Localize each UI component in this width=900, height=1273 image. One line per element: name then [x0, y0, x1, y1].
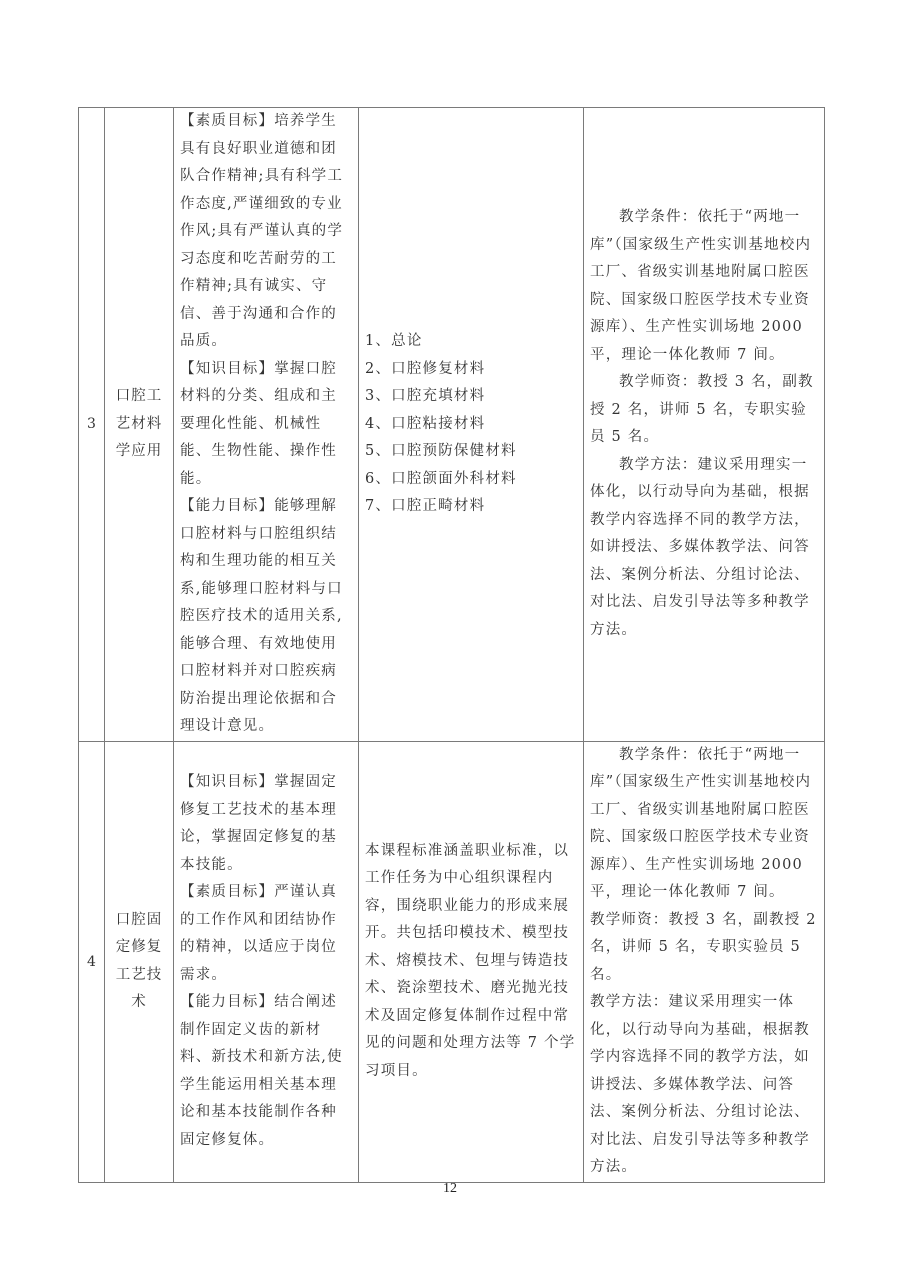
- content-paragraph: 本课程标准涵盖职业标准，以工作任务为中心组织课程内容，围绕职业能力的形成来展开。…: [365, 838, 577, 1086]
- content-list-item: 3、口腔充填材料: [365, 383, 577, 411]
- content-list-item: 2、口腔修复材料: [365, 356, 577, 384]
- conditions-paragraph: 教学条件：依托于“两地一库”（国家级生产性实训基地校内工厂、省级实训基地附属口腔…: [590, 742, 818, 907]
- goal-paragraph: 【能力目标】结合阐述制作固定义齿的新材料、新技术和新方法,使学生能运用相关基本理…: [180, 989, 352, 1154]
- course-name-line: 术: [105, 989, 173, 1017]
- course-name-line: 口腔固: [105, 907, 173, 935]
- table-row: 4 口腔固 定修复 工艺技 术 【知识目标】掌握固定修复工艺技术的基本理论，掌握…: [79, 741, 825, 1182]
- goal-paragraph: 【知识目标】掌握口腔材料的分类、组成和主要理化性能、机械性能、生物性能、操作性能…: [180, 356, 352, 494]
- document-page: 3 口腔工 艺材料 学应用 【素质目标】培养学生具有良好职业道德和团队合作精神;…: [0, 0, 900, 1273]
- teaching-conditions: 教学条件：依托于“两地一库”（国家级生产性实训基地校内工厂、省级实训基地附属口腔…: [584, 108, 825, 742]
- table-row: 3 口腔工 艺材料 学应用 【素质目标】培养学生具有良好职业道德和团队合作精神;…: [79, 108, 825, 742]
- teaching-conditions: 教学条件：依托于“两地一库”（国家级生产性实训基地校内工厂、省级实训基地附属口腔…: [584, 741, 825, 1182]
- conditions-paragraph: 教学条件：依托于“两地一库”（国家级生产性实训基地校内工厂、省级实训基地附属口腔…: [590, 204, 818, 369]
- course-content: 1、总论 2、口腔修复材料 3、口腔充填材料 4、口腔粘接材料 5、口腔预防保健…: [359, 108, 584, 742]
- faculty-paragraph: 教学师资：教授 3 名，副教授 2 名，讲师 5 名，专职实验员 5 名。: [590, 369, 818, 452]
- faculty-paragraph: 教学师资：教授 3 名，副教授 2 名，讲师 5 名，专职实验员 5 名。: [590, 907, 818, 990]
- content-list-item: 6、口腔颌面外科材料: [365, 466, 577, 494]
- goal-paragraph: 【能力目标】能够理解口腔材料与口腔组织结构和生理功能的相互关系,能够理口腔材料与…: [180, 493, 352, 741]
- course-content: 本课程标准涵盖职业标准，以工作任务为中心组织课程内容，围绕职业能力的形成来展开。…: [359, 741, 584, 1182]
- course-goals: 【素质目标】培养学生具有良好职业道德和团队合作精神;具有科学工作态度,严谨细致的…: [174, 108, 359, 742]
- methods-paragraph: 教学方法：建议采用理实一体化，以行动导向为基础，根据教学内容选择不同的教学方法，…: [590, 452, 818, 645]
- row-number: 4: [79, 741, 105, 1182]
- course-name: 口腔工 艺材料 学应用: [105, 108, 174, 742]
- row-number: 3: [79, 108, 105, 742]
- page-number: 12: [0, 1181, 900, 1197]
- course-table: 3 口腔工 艺材料 学应用 【素质目标】培养学生具有良好职业道德和团队合作精神;…: [78, 107, 825, 1183]
- goal-paragraph: 【知识目标】掌握固定修复工艺技术的基本理论，掌握固定修复的基本技能。: [180, 769, 352, 879]
- course-name-line: 工艺技: [105, 962, 173, 990]
- course-name: 口腔固 定修复 工艺技 术: [105, 741, 174, 1182]
- content-list-item: 1、总论: [365, 328, 577, 356]
- content-list-item: 7、口腔正畸材料: [365, 493, 577, 521]
- course-name-line: 口腔工: [105, 383, 173, 411]
- course-name-line: 艺材料: [105, 411, 173, 439]
- content-list-item: 4、口腔粘接材料: [365, 411, 577, 439]
- goal-paragraph: 【素质目标】培养学生具有良好职业道德和团队合作精神;具有科学工作态度,严谨细致的…: [180, 108, 352, 356]
- methods-paragraph: 教学方法：建议采用理实一体化，以行动导向为基础，根据教学内容选择不同的教学方法，…: [590, 989, 818, 1182]
- course-name-line: 学应用: [105, 438, 173, 466]
- content-list-item: 5、口腔预防保健材料: [365, 438, 577, 466]
- goal-paragraph: 【素质目标】严谨认真的工作作风和团结协作的精神，以适应于岗位需求。: [180, 879, 352, 989]
- course-name-line: 定修复: [105, 934, 173, 962]
- course-goals: 【知识目标】掌握固定修复工艺技术的基本理论，掌握固定修复的基本技能。 【素质目标…: [174, 741, 359, 1182]
